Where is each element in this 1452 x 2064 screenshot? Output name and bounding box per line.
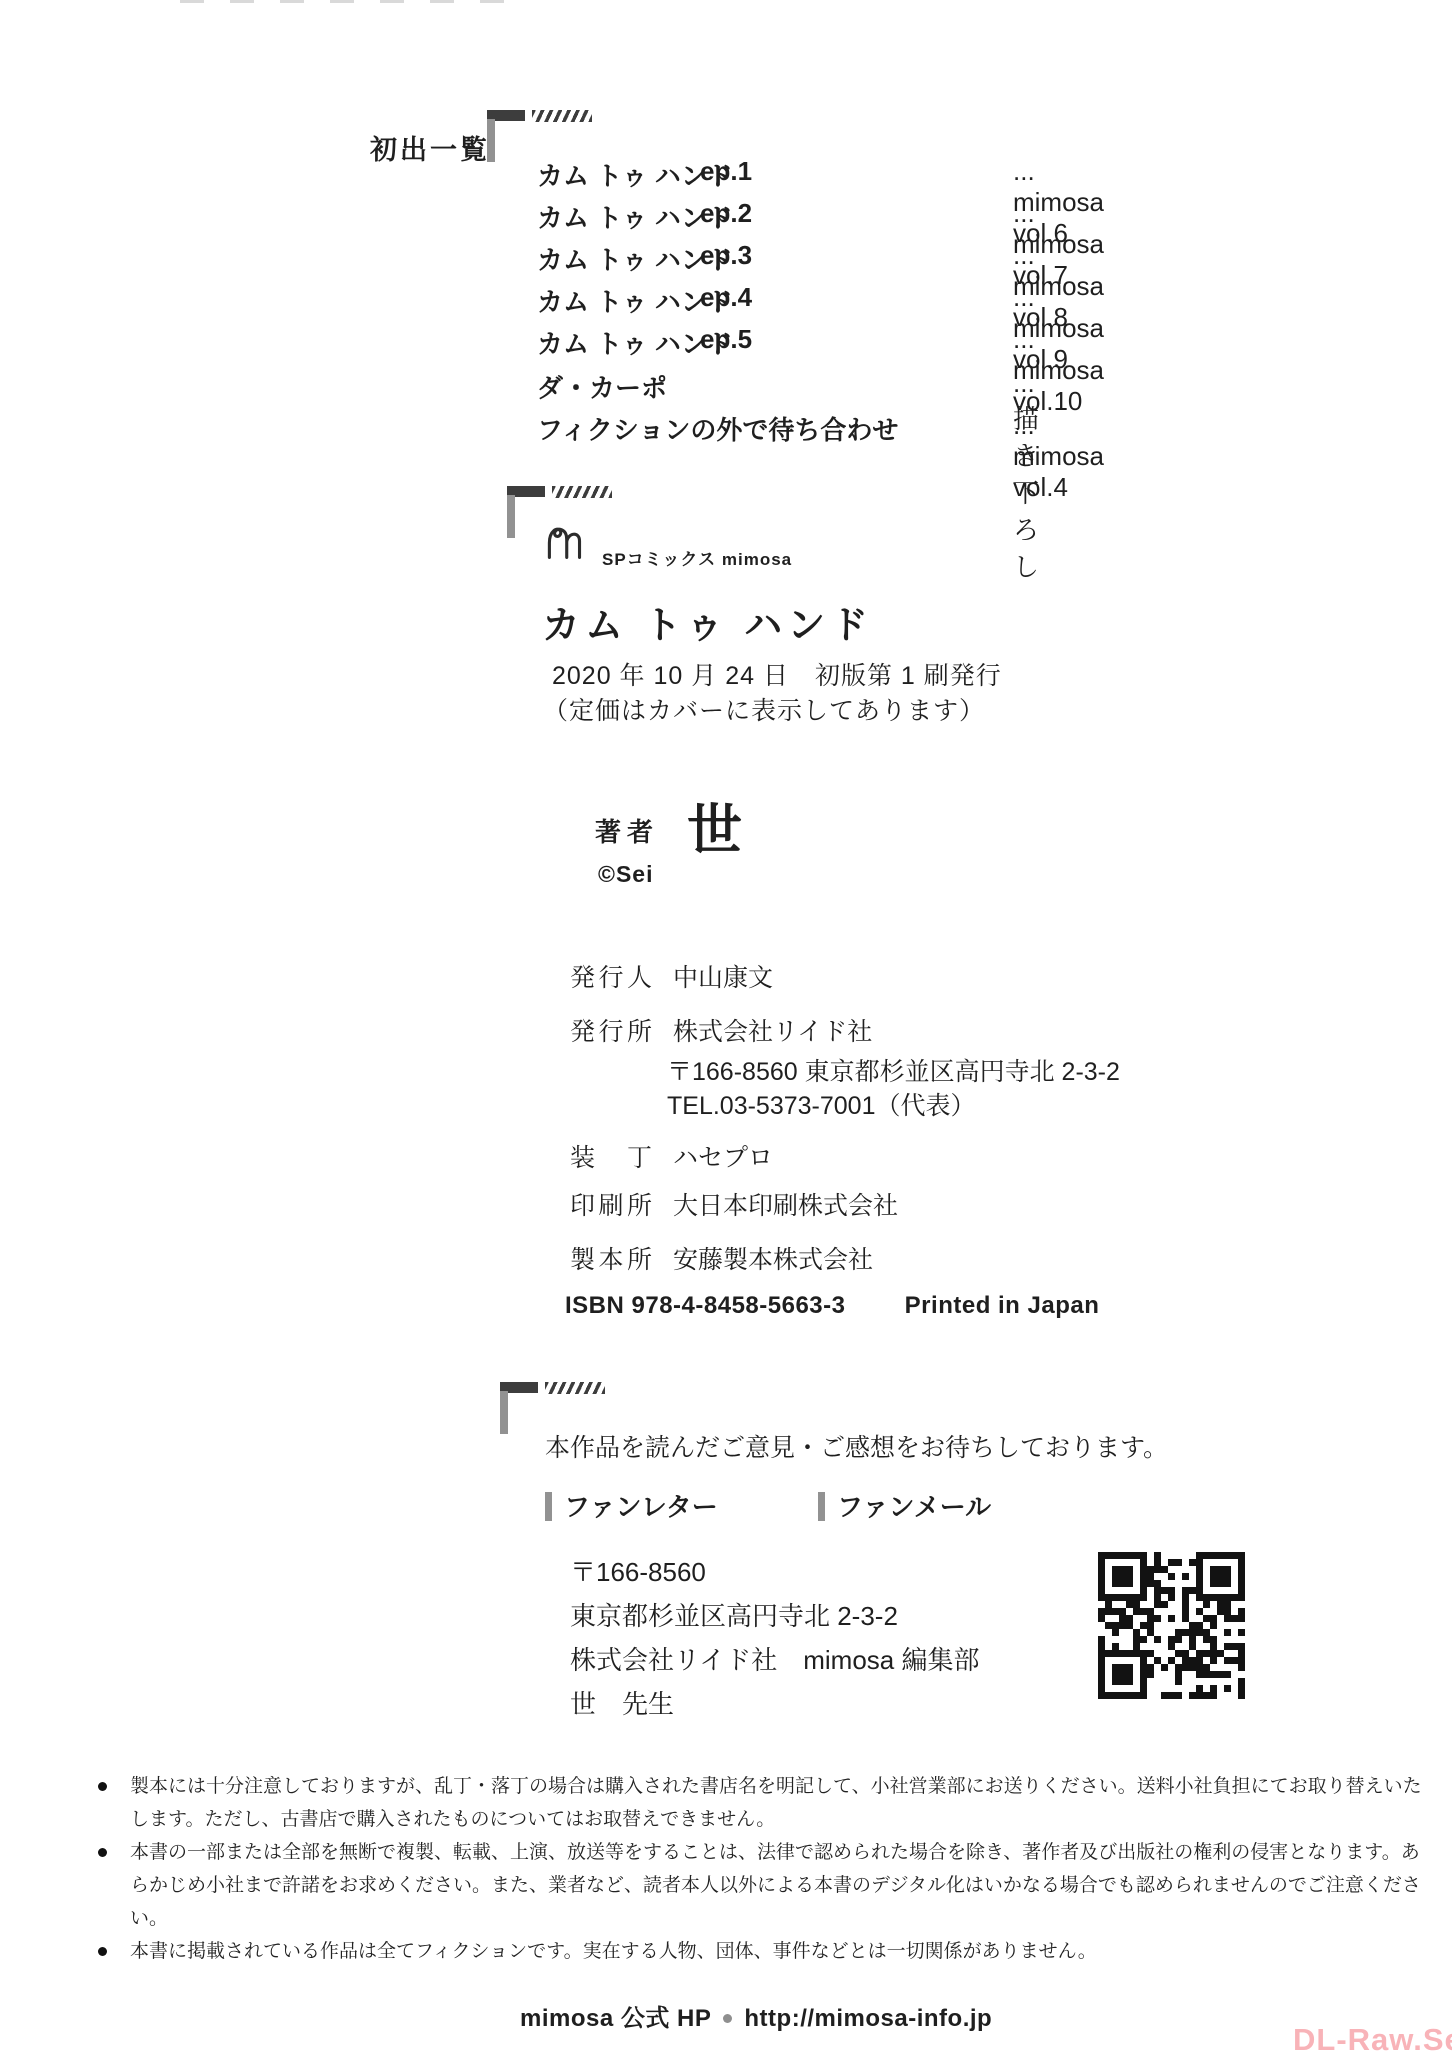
edition-line: 2020 年 10 月 24 日 初版第 1 刷発行 [552,656,1002,692]
scan-artifact [180,0,520,3]
bracket-hatch [532,110,592,122]
bracket-hatch [552,486,612,498]
publication-row: カム トゥ ハンド ep.3 ... mimosa vol.8 [537,240,733,277]
site-label: mimosa 公式 HP [520,2005,711,2032]
bracket-stem [507,495,515,538]
isbn-number: ISBN 978-4-8458-5663-3 [565,1292,846,1319]
bracket-stem [487,119,495,162]
note-item: 製本には十分注意しておりますが、乱丁・落丁の場合は購入された書店名を明記して、小… [130,1770,1430,1836]
colophon-row: 発行人 中山康文 [570,958,773,994]
qr-code [1098,1552,1245,1699]
colophon-row: 製本所 安藤製本株式会社 [570,1240,873,1276]
colophon-row: 装 丁 ハセプロ [570,1138,773,1174]
isbn-line: ISBN 978-4-8458-5663-3 Printed in Japan [565,1292,1099,1320]
printed-in-japan: Printed in Japan [905,1292,1100,1319]
fan-address-line: 東京都杉並区高円寺北 2-3-2 [570,1596,898,1633]
episode-label: ep.3 [700,240,752,271]
source-label: ... mimosa vol.4 [1013,410,1104,503]
colophon-page: 初出一覧 カム トゥ ハンド ep.1 ... mimosa vol.6 カム … [0,0,1452,2064]
mimosa-logo-icon [543,520,585,567]
colophon-label: 発行人 [570,958,652,994]
footer-site-line: mimosa 公式 HPhttp://mimosa-info.jp [520,1998,992,2033]
bullet-icon [98,1782,107,1791]
note-item: 本書に掲載されている作品は全てフィクションです。実在する人物、団体、事件などとは… [130,1935,1430,1968]
heading-bar-icon [818,1492,825,1521]
publication-row: カム トゥ ハンド ep.4 ... mimosa vol.9 [537,282,733,319]
author-label: 著者 [595,812,659,849]
episode-label: ep.4 [700,282,752,313]
colophon-row: 印刷所 大日本印刷株式会社 [570,1186,898,1222]
colophon-value: 株式会社リイド社 [673,1018,872,1046]
episode-label: ep.5 [700,324,752,355]
publication-row: フィクションの外で待ち合わせ ... mimosa vol.4 [537,410,898,447]
feedback-intro: 本作品を読んだご意見・ご感想をお待ちしております。 [545,1428,1168,1464]
bracket-stem [500,1391,508,1434]
publication-row: カム トゥ ハンド ep.5 ... mimosa vol.10 [537,324,733,361]
bullet-icon [98,1848,107,1857]
episode-label: ep.1 [700,156,752,187]
bullet-icon [98,1947,107,1956]
colophon-value: 安藤製本株式会社 [673,1246,873,1274]
colophon-value: 大日本印刷株式会社 [673,1192,898,1220]
fan-letter-heading: ファンレター [545,1487,718,1524]
heading-bar-icon [545,1492,552,1521]
fan-address-line: 〒166-8560 [570,1552,706,1589]
dot-separator-icon [723,2014,732,2023]
publisher-tel: TEL.03-5373-7001（代表） [667,1086,975,1122]
note-text: 製本には十分注意しておりますが、乱丁・落丁の場合は購入された書店名を明記して、小… [130,1776,1422,1830]
colophon-row: 発行所 株式会社リイド社 [570,1012,872,1048]
imprint-label: SPコミックス mimosa [602,545,792,570]
note-text: 本書の一部または全部を無断で複製、転載、上演、放送等をすることは、法律で認められ… [130,1842,1421,1929]
colophon-value: ハセプロ [673,1144,773,1172]
colophon-label: 発行所 [570,1012,652,1048]
episode-label: ep.2 [700,198,752,229]
first-publication-heading: 初出一覧 [370,128,490,167]
publication-row: カム トゥ ハンド ep.2 ... mimosa vol.7 [537,198,733,235]
site-url[interactable]: http://mimosa-info.jp [744,2005,992,2032]
work-title: ダ・カーポ [537,373,667,403]
book-title: カム トゥ ハンド [542,594,873,649]
watermark: DL-Raw.Se [1293,2022,1452,2058]
copyright-notice: ©Sei [598,861,653,888]
fan-address-line: 株式会社リイド社 mimosa 編集部 [570,1640,979,1677]
fan-mail-heading: ファンメール [818,1487,991,1524]
author-name: 世 [687,786,742,865]
publication-row: ダ・カーポ ... 描き下ろし [537,368,667,405]
colophon-label: 印刷所 [570,1186,652,1222]
note-text: 本書に掲載されている作品は全てフィクションです。実在する人物、団体、事件などとは… [130,1941,1097,1962]
publisher-address: 〒166-8560 東京都杉並区高円寺北 2-3-2 [667,1052,1120,1088]
colophon-label: 製本所 [570,1240,652,1276]
fan-address-line: 世 先生 [570,1684,674,1721]
bracket-hatch [545,1382,605,1394]
legal-notes: 製本には十分注意しておりますが、乱丁・落丁の場合は購入された書店名を明記して、小… [130,1770,1430,1968]
work-title: フィクションの外で待ち合わせ [537,415,898,445]
colophon-label: 装 丁 [570,1138,652,1174]
note-item: 本書の一部または全部を無断で複製、転載、上演、放送等をすることは、法律で認められ… [130,1836,1430,1935]
price-note: （定価はカバーに表示してあります） [543,691,985,727]
publication-row: カム トゥ ハンド ep.1 ... mimosa vol.6 [537,156,733,193]
colophon-value: 中山康文 [673,964,773,992]
